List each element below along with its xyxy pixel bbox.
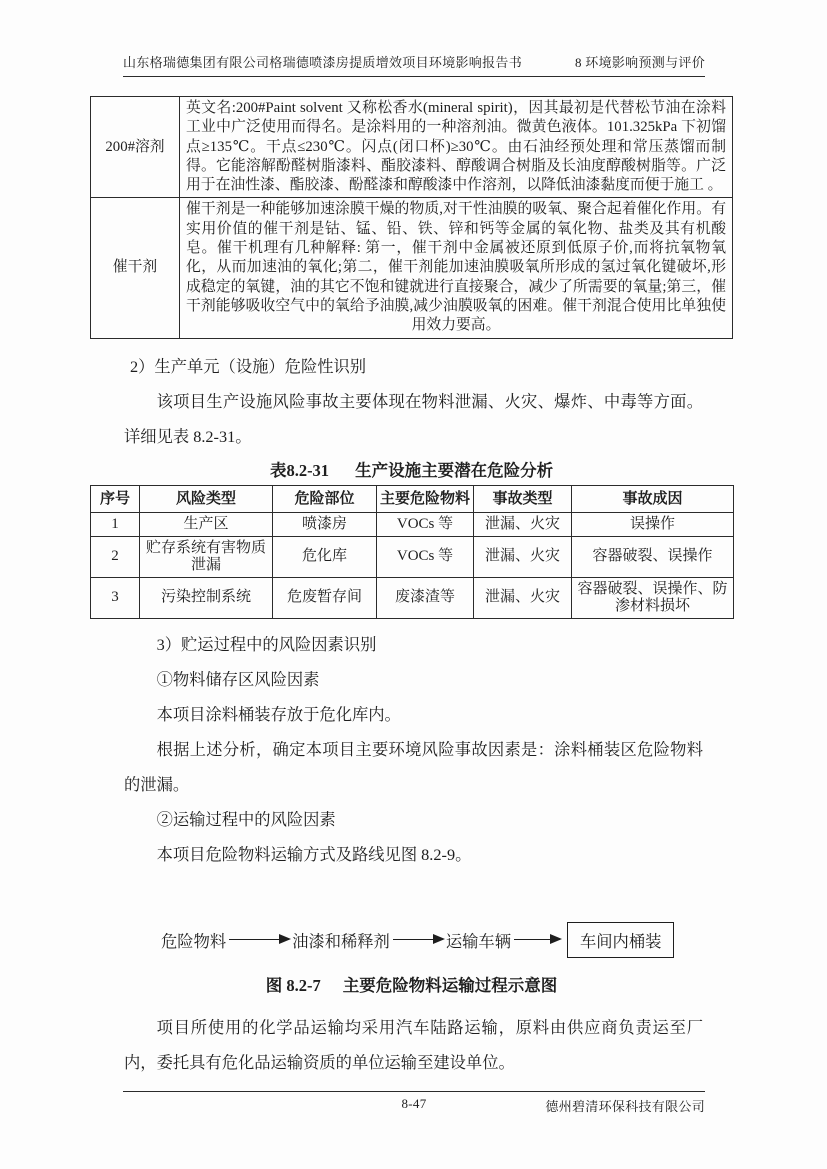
cell-accident-type: 泄漏、火灾 bbox=[474, 512, 572, 536]
cell-cause: 误操作 bbox=[572, 512, 734, 536]
risk-table-title: 表8.2-31生产设施主要潜在危险分析 bbox=[90, 460, 733, 482]
cell-seq: 1 bbox=[91, 512, 140, 536]
materials-table: 200#溶剂 英文名:200#Paint solvent 又称松香水(miner… bbox=[90, 96, 733, 339]
cell-seq: 3 bbox=[91, 577, 140, 618]
flow-node: 油漆和稀释剂 bbox=[292, 928, 390, 952]
cell-material: VOCs 等 bbox=[377, 536, 474, 577]
figure-caption: 图 8.2-7主要危险物料运输过程示意图 bbox=[90, 975, 733, 997]
column-header: 危险部位 bbox=[273, 485, 377, 512]
cell-accident-type: 泄漏、火灾 bbox=[474, 577, 572, 618]
header-doc-title: 山东格瑞德集团有限公司格瑞德喷漆房提质增效项目环境影响报告书 bbox=[123, 52, 522, 71]
paragraph-production-risk: 该项目生产设施风险事故主要体现在物料泄漏、火灾、爆炸、中毒等方面。详细见表 8.… bbox=[124, 384, 703, 454]
figure-label: 图 8.2-7 bbox=[266, 976, 321, 995]
cell-cause: 容器破裂、误操作、防渗材料损坏 bbox=[572, 577, 734, 618]
material-name-cell: 催干剂 bbox=[91, 198, 180, 338]
paragraph-analysis: 根据上述分析，确定本项目主要环境风险事故因素是：涂料桶装区危险物料的泄漏。 bbox=[124, 732, 703, 802]
paragraph-transport: 本项目危险物料运输方式及路线见图 8.2-9。 bbox=[124, 837, 703, 872]
cell-seq: 2 bbox=[91, 536, 140, 577]
cell-location: 危废暂存间 bbox=[273, 577, 377, 618]
material-desc-cell: 催干剂是一种能够加速涂膜干燥的物质,对干性油膜的吸氧、聚合起着催化作用。有实用价… bbox=[180, 198, 733, 338]
cell-material: VOCs 等 bbox=[377, 512, 474, 536]
cell-location: 危化库 bbox=[273, 536, 377, 577]
right-arrow-icon bbox=[393, 939, 443, 940]
cell-accident-type: 泄漏、火灾 bbox=[474, 536, 572, 577]
material-name-cell: 200#溶剂 bbox=[91, 97, 180, 198]
column-header: 序号 bbox=[91, 485, 140, 512]
cell-cause: 容器破裂、误操作 bbox=[572, 536, 734, 577]
header-chapter-title: 8 环境影响预测与评价 bbox=[575, 52, 705, 71]
column-header: 风险类型 bbox=[140, 485, 273, 512]
paragraph-storage: 本项目涂料桶装存放于危化库内。 bbox=[124, 697, 703, 732]
cell-risk-type: 贮存系统有害物质泄漏 bbox=[140, 536, 273, 577]
flow-node: 危险物料 bbox=[161, 928, 226, 952]
figure-title: 主要危险物料运输过程示意图 bbox=[343, 976, 558, 995]
table-row: 1 生产区 喷漆房 VOCs 等 泄漏、火灾 误操作 bbox=[91, 512, 734, 536]
paragraph-final: 项目所使用的化学品运输均采用汽车陆路运输，原料由供应商负责运至厂内，委托具有危化… bbox=[124, 1010, 703, 1080]
risk-analysis-table: 序号 风险类型 危险部位 主要危险物料 事故类型 事故成因 1 生产区 喷漆房 … bbox=[90, 485, 734, 619]
right-arrow-icon bbox=[229, 939, 289, 940]
table-row: 3 污染控制系统 危废暂存间 废漆渣等 泄漏、火灾 容器破裂、误操作、防渗材料损… bbox=[91, 577, 734, 618]
document-page: 山东格瑞德集团有限公司格瑞德喷漆房提质增效项目环境影响报告书 8 环境影响预测与… bbox=[0, 0, 827, 1169]
transport-flow-diagram: 危险物料 油漆和稀释剂 运输车辆 车间内桶装 bbox=[161, 922, 733, 958]
column-header: 主要危险物料 bbox=[377, 485, 474, 512]
flow-node: 运输车辆 bbox=[446, 928, 511, 952]
cell-material: 废漆渣等 bbox=[377, 577, 474, 618]
table-row: 催干剂 催干剂是一种能够加速涂膜干燥的物质,对干性油膜的吸氧、聚合起着催化作用。… bbox=[91, 198, 733, 338]
page-header: 山东格瑞德集团有限公司格瑞德喷漆房提质增效项目环境影响报告书 8 环境影响预测与… bbox=[123, 52, 705, 77]
section-heading-2: 2）生产单元（设施）危险性识别 bbox=[124, 349, 703, 384]
subheading-transport: ②运输过程中的风险因素 bbox=[124, 802, 703, 837]
section-heading-3: 3）贮运过程中的风险因素识别 bbox=[124, 627, 703, 662]
cell-location: 喷漆房 bbox=[273, 512, 377, 536]
column-header: 事故类型 bbox=[474, 485, 572, 512]
cell-risk-type: 污染控制系统 bbox=[140, 577, 273, 618]
table-row: 200#溶剂 英文名:200#Paint solvent 又称松香水(miner… bbox=[91, 97, 733, 198]
table-row: 2 贮存系统有害物质泄漏 危化库 VOCs 等 泄漏、火灾 容器破裂、误操作 bbox=[91, 536, 734, 577]
risk-table-label: 表8.2-31 bbox=[270, 461, 329, 480]
subheading-storage: ①物料储存区风险因素 bbox=[124, 662, 703, 697]
page-content: 200#溶剂 英文名:200#Paint solvent 又称松香水(miner… bbox=[90, 96, 733, 1080]
flow-node-boxed: 车间内桶装 bbox=[567, 922, 674, 958]
right-arrow-icon bbox=[514, 939, 560, 940]
risk-table-caption: 生产设施主要潜在危险分析 bbox=[355, 461, 553, 480]
cell-risk-type: 生产区 bbox=[140, 512, 273, 536]
material-desc-cell: 英文名:200#Paint solvent 又称松香水(mineral spir… bbox=[180, 97, 733, 198]
company-name: 德州碧清环保科技有限公司 bbox=[123, 1096, 705, 1115]
table-header-row: 序号 风险类型 危险部位 主要危险物料 事故类型 事故成因 bbox=[91, 485, 734, 512]
page-footer: 8-47 德州碧清环保科技有限公司 bbox=[123, 1091, 705, 1115]
column-header: 事故成因 bbox=[572, 485, 734, 512]
